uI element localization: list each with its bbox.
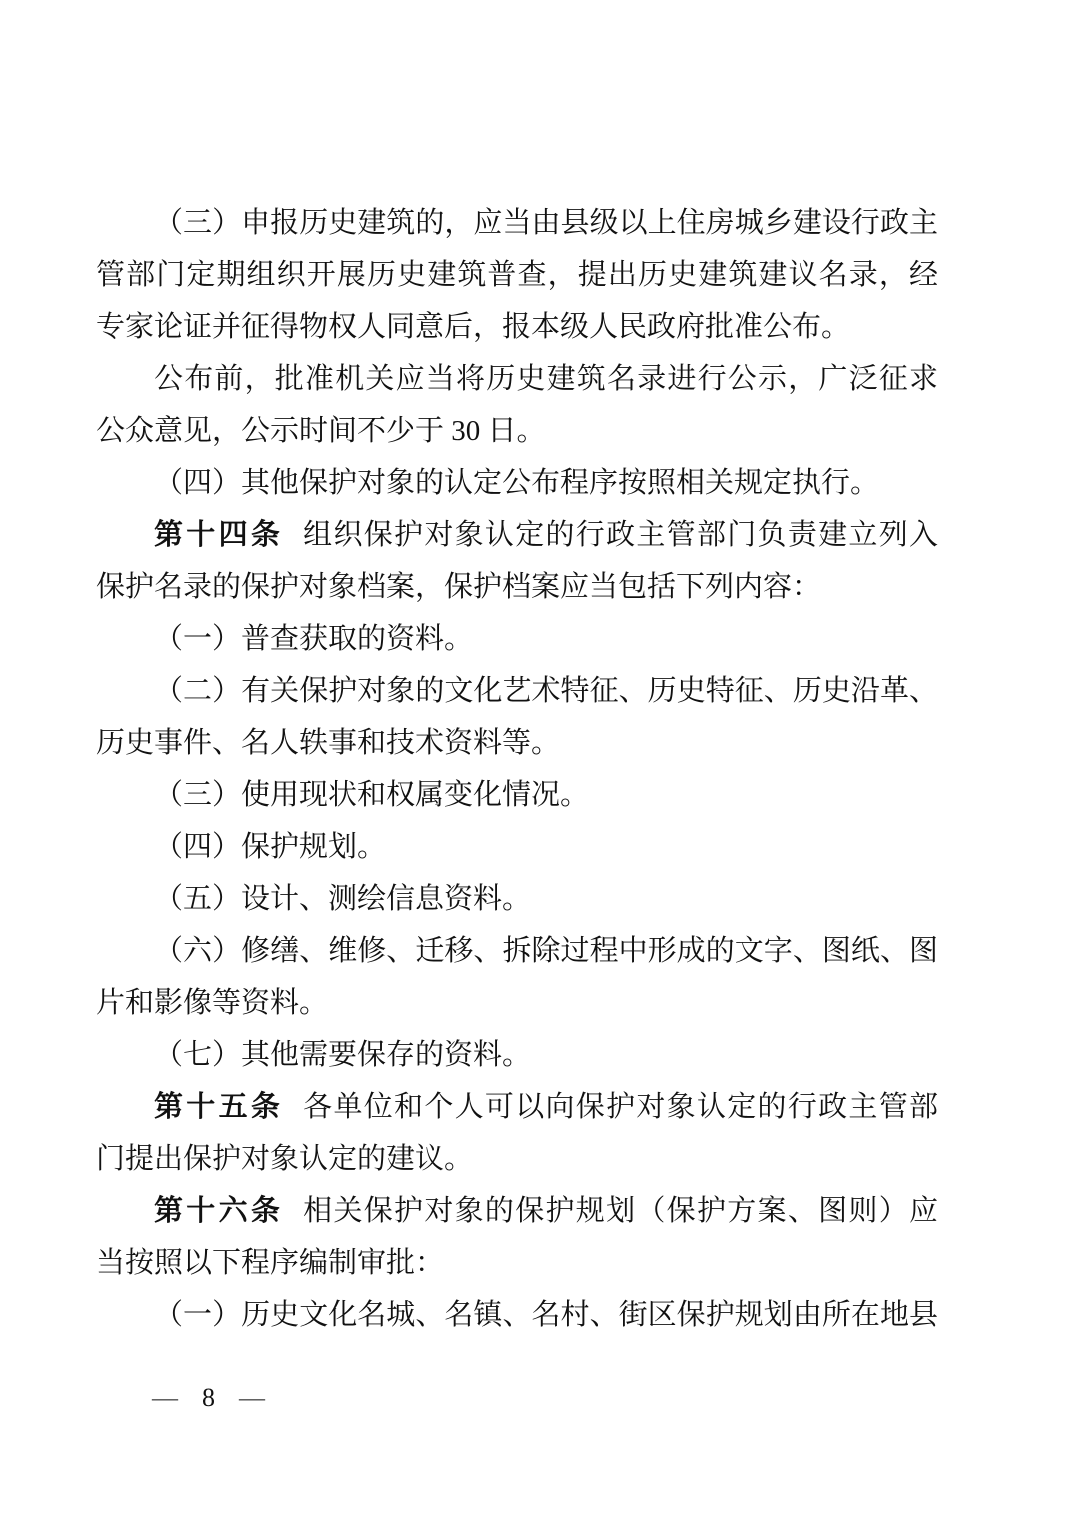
text-line: （二）有关保护对象的文化艺术特征、历史特征、历史沿革、 [96, 665, 938, 717]
paragraph: 第十五条各单位和个人可以向保护对象认定的行政主管部门提出保护对象认定的建议。 [96, 1081, 938, 1185]
article-number: 第十六条 [154, 1195, 283, 1227]
page-number: 8 [202, 1381, 215, 1415]
line-text: （三）使用现状和权属变化情况。 [154, 779, 589, 811]
text-line: （一）历史文化名城、名镇、名村、街区保护规划由所在地县 [96, 1289, 938, 1341]
text-line: 保护名录的保护对象档案，保护档案应当包括下列内容： [96, 561, 938, 613]
line-text: 保护名录的保护对象档案，保护档案应当包括下列内容： [96, 571, 821, 603]
line-text: （五）设计、测绘信息资料。 [154, 883, 531, 915]
text-line: （七）其他需要保存的资料。 [96, 1029, 938, 1081]
line-text: 公众意见，公示时间不少于 30 日。 [96, 415, 546, 447]
footer-dash-left: — [152, 1381, 178, 1415]
text-line: （六）修缮、维修、迁移、拆除过程中形成的文字、图纸、图 [96, 925, 938, 977]
line-text: （四）其他保护对象的认定公布程序按照相关规定执行。 [154, 467, 879, 499]
line-text: （一）历史文化名城、名镇、名村、街区保护规划由所在地县 [154, 1299, 938, 1331]
line-text: 管部门定期组织开展历史建筑普查，提出历史建筑建议名录，经 [96, 259, 938, 291]
text-line: 历史事件、名人轶事和技术资料等。 [96, 717, 938, 769]
line-text: （二）有关保护对象的文化艺术特征、历史特征、历史沿革、 [154, 675, 938, 707]
document-page: （三）申报历史建筑的，应当由县级以上住房城乡建设行政主管部门定期组织开展历史建筑… [0, 0, 1074, 1520]
line-text: 当按照以下程序编制审批： [96, 1247, 444, 1279]
line-text: （三）申报历史建筑的，应当由县级以上住房城乡建设行政主 [154, 207, 938, 239]
text-line: （一）普查获取的资料。 [96, 613, 938, 665]
line-text: （六）修缮、维修、迁移、拆除过程中形成的文字、图纸、图 [154, 935, 938, 967]
line-text: （一）普查获取的资料。 [154, 623, 473, 655]
text-line: 门提出保护对象认定的建议。 [96, 1133, 938, 1185]
article-number: 第十五条 [154, 1091, 283, 1123]
document-body: （三）申报历史建筑的，应当由县级以上住房城乡建设行政主管部门定期组织开展历史建筑… [96, 197, 938, 1341]
line-text: 片和影像等资料。 [96, 987, 328, 1019]
line-text: 组织保护对象认定的行政主管部门负责建立列入 [303, 519, 938, 551]
text-line: （四）保护规划。 [96, 821, 938, 873]
paragraph: （三）申报历史建筑的，应当由县级以上住房城乡建设行政主管部门定期组织开展历史建筑… [96, 197, 938, 353]
paragraph: （四）保护规划。 [96, 821, 938, 873]
text-line: （三）申报历史建筑的，应当由县级以上住房城乡建设行政主 [96, 197, 938, 249]
text-line: 第十五条各单位和个人可以向保护对象认定的行政主管部 [96, 1081, 938, 1133]
paragraph: 第十六条相关保护对象的保护规划（保护方案、图则）应当按照以下程序编制审批： [96, 1185, 938, 1289]
text-line: （五）设计、测绘信息资料。 [96, 873, 938, 925]
text-line: 公布前，批准机关应当将历史建筑名录进行公示，广泛征求 [96, 353, 938, 405]
text-line: 管部门定期组织开展历史建筑普查，提出历史建筑建议名录，经 [96, 249, 938, 301]
article-number: 第十四条 [154, 519, 283, 551]
text-line: 专家论证并征得物权人同意后，报本级人民政府批准公布。 [96, 301, 938, 353]
footer-dash-right: — [239, 1381, 265, 1415]
paragraph: 第十四条组织保护对象认定的行政主管部门负责建立列入保护名录的保护对象档案，保护档… [96, 509, 938, 613]
line-text: 公布前，批准机关应当将历史建筑名录进行公示，广泛征求 [154, 363, 938, 395]
paragraph: （一）普查获取的资料。 [96, 613, 938, 665]
text-line: （三）使用现状和权属变化情况。 [96, 769, 938, 821]
paragraph: （六）修缮、维修、迁移、拆除过程中形成的文字、图纸、图片和影像等资料。 [96, 925, 938, 1029]
line-text: （七）其他需要保存的资料。 [154, 1039, 531, 1071]
paragraph: （二）有关保护对象的文化艺术特征、历史特征、历史沿革、历史事件、名人轶事和技术资… [96, 665, 938, 769]
text-line: 公众意见，公示时间不少于 30 日。 [96, 405, 938, 457]
line-text: 各单位和个人可以向保护对象认定的行政主管部 [303, 1091, 938, 1123]
line-text: 专家论证并征得物权人同意后，报本级人民政府批准公布。 [96, 311, 850, 343]
paragraph: 公布前，批准机关应当将历史建筑名录进行公示，广泛征求公众意见，公示时间不少于 3… [96, 353, 938, 457]
line-text: 相关保护对象的保护规划（保护方案、图则）应 [303, 1195, 938, 1227]
text-line: 第十六条相关保护对象的保护规划（保护方案、图则）应 [96, 1185, 938, 1237]
paragraph: （五）设计、测绘信息资料。 [96, 873, 938, 925]
line-text: （四）保护规划。 [154, 831, 386, 863]
line-text: 历史事件、名人轶事和技术资料等。 [96, 727, 560, 759]
page-footer: — 8 — [152, 1381, 265, 1415]
paragraph: （七）其他需要保存的资料。 [96, 1029, 938, 1081]
paragraph: （一）历史文化名城、名镇、名村、街区保护规划由所在地县 [96, 1289, 938, 1341]
text-line: （四）其他保护对象的认定公布程序按照相关规定执行。 [96, 457, 938, 509]
paragraph: （三）使用现状和权属变化情况。 [96, 769, 938, 821]
text-line: 当按照以下程序编制审批： [96, 1237, 938, 1289]
text-line: 第十四条组织保护对象认定的行政主管部门负责建立列入 [96, 509, 938, 561]
line-text: 门提出保护对象认定的建议。 [96, 1143, 473, 1175]
text-line: 片和影像等资料。 [96, 977, 938, 1029]
paragraph: （四）其他保护对象的认定公布程序按照相关规定执行。 [96, 457, 938, 509]
